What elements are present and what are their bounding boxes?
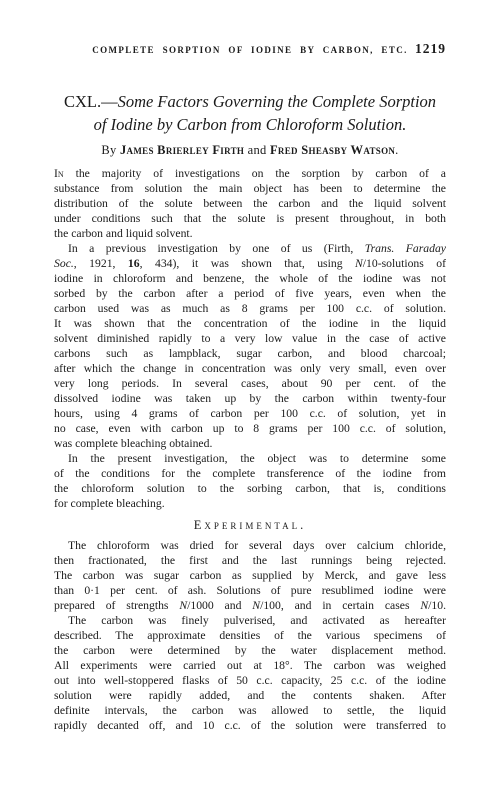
- text-segment: N: [420, 599, 428, 612]
- paragraph-line: Soc., 1921, 16, 434), it was shown that,…: [54, 256, 446, 271]
- paragraph-line: The carbon was sugar carbon as supplied …: [54, 568, 446, 583]
- text-segment: carbon used was as much as 8 grams per 1…: [54, 302, 446, 315]
- paragraph-line: of the conditions for the complete trans…: [54, 466, 446, 481]
- text-segment: the chloroform solution to the sorbing c…: [54, 482, 446, 495]
- paragraph-line: definite intervals, the carbon was allow…: [54, 703, 446, 718]
- paragraph-line: then fractionated, the first and the las…: [54, 553, 446, 568]
- text-segment: By: [101, 143, 120, 157]
- text-segment: the majority of investigations on the so…: [64, 167, 446, 180]
- text-segment: distribution of the solute between the c…: [54, 197, 446, 210]
- text-segment: no case, even with carbon up to 8 grams …: [54, 422, 446, 435]
- text-segment: 16: [128, 257, 140, 270]
- text-segment: Soc.: [54, 257, 74, 270]
- text-segment: hours, using 4 grams of carbon per 100 c…: [54, 407, 446, 420]
- text-segment: In: [54, 167, 64, 180]
- running-title: COMPLETE SORPTION OF IODINE BY CARBON, E…: [54, 40, 446, 55]
- paragraph-line: It was shown that the concentration of t…: [54, 316, 446, 331]
- text-segment: Trans. Faraday: [365, 242, 446, 255]
- text-segment: /10.: [428, 599, 446, 612]
- text-segment: Fred Sheasby Watson: [270, 143, 395, 157]
- paragraph-line: dissolved iodine was taken up by the car…: [54, 391, 446, 406]
- paragraph-line: described. The approximate densities of …: [54, 628, 446, 643]
- text-segment: All experiments were carried out at 18°.…: [54, 659, 446, 672]
- article-title-line: CXL.—Some Factors Governing the Complete…: [54, 90, 446, 113]
- section-heading: Experimental.: [54, 518, 446, 533]
- paragraph-line: was complete bleaching obtained.: [54, 436, 446, 451]
- paragraph-line: All experiments were carried out at 18°.…: [54, 658, 446, 673]
- text-segment: solvent diminished rapidly to a very low…: [54, 332, 446, 345]
- article-body: In the majority of investigations on the…: [54, 166, 446, 733]
- text-segment: carbons such as lampblack, sugar carbon,…: [54, 347, 446, 360]
- paragraph-line: sorbed by the carbon after a period of f…: [54, 286, 446, 301]
- paragraph-line: after which the change in concentration …: [54, 361, 446, 376]
- text-segment: very long periods. In several cases, abo…: [54, 377, 446, 390]
- paragraph-line: carbon used was as much as 8 grams per 1…: [54, 301, 446, 316]
- text-segment: dissolved iodine was taken up by the car…: [54, 392, 446, 405]
- paragraph: The carbon was finely pulverised, and ac…: [54, 613, 446, 733]
- running-header: COMPLETE SORPTION OF IODINE BY CARBON, E…: [54, 40, 446, 57]
- paragraph: In the majority of investigations on the…: [54, 166, 446, 241]
- text-segment: substance from solution the main object …: [54, 182, 446, 195]
- text-segment: The chloroform was dried for several day…: [68, 539, 446, 552]
- text-segment: of the conditions for the complete trans…: [54, 467, 446, 480]
- text-segment: described. The approximate densities of …: [54, 629, 446, 642]
- paragraph-line: The chloroform was dried for several day…: [54, 538, 446, 553]
- paragraph-line: distribution of the solute between the c…: [54, 196, 446, 211]
- article-title-line: of Iodine by Carbon from Chloroform Solu…: [54, 113, 446, 136]
- text-segment: /1000 and: [187, 599, 252, 612]
- text-segment: N: [179, 599, 187, 612]
- byline: By James Brierley Firth and Fred Sheasby…: [54, 143, 446, 158]
- text-segment: /10-solutions of: [363, 257, 446, 270]
- text-segment: under conditions such that the solute is…: [54, 212, 446, 225]
- paragraph: The chloroform was dried for several day…: [54, 538, 446, 613]
- paragraph-line: hours, using 4 grams of carbon per 100 c…: [54, 406, 446, 421]
- text-segment: The carbon was finely pulverised, and ac…: [68, 614, 446, 627]
- paragraph-line: solvent diminished rapidly to a very low…: [54, 331, 446, 346]
- text-segment: of Iodine by Carbon from Chloroform Solu…: [94, 115, 407, 134]
- paragraph-line: rapidly decanted off, and 10 c.c. of the…: [54, 718, 446, 733]
- text-segment: prepared of strengths: [54, 599, 179, 612]
- text-segment: was complete bleaching obtained.: [54, 437, 212, 450]
- text-segment: solution were rapidly added, and the con…: [54, 689, 446, 702]
- paragraph-line: than 0·1 per cent. of ash. Solutions of …: [54, 583, 446, 598]
- paragraph-line: very long periods. In several cases, abo…: [54, 376, 446, 391]
- journal-page: COMPLETE SORPTION OF IODINE BY CARBON, E…: [0, 0, 500, 810]
- page-number: 1219: [415, 41, 446, 57]
- paragraph-line: iodine in chloroform and benzene, the wh…: [54, 271, 446, 286]
- paragraph-line: the carbon were determined by the water …: [54, 643, 446, 658]
- paragraph-line: solution were rapidly added, and the con…: [54, 688, 446, 703]
- text-segment: In the present investigation, the object…: [68, 452, 446, 465]
- text-segment: The carbon was sugar carbon as supplied …: [54, 569, 446, 582]
- text-segment: /100, and in certain cases: [260, 599, 420, 612]
- paragraph-line: the carbon and liquid solvent.: [54, 226, 446, 241]
- paragraph: In the present investigation, the object…: [54, 451, 446, 511]
- text-segment: .: [395, 143, 398, 157]
- text-segment: the carbon and liquid solvent.: [54, 227, 193, 240]
- paragraph-line: no case, even with carbon up to 8 grams …: [54, 421, 446, 436]
- text-segment: after which the change in concentration …: [54, 362, 446, 375]
- text-segment: out into well-stoppered flasks of 50 c.c…: [54, 674, 446, 687]
- paragraph-line: carbons such as lampblack, sugar carbon,…: [54, 346, 446, 361]
- text-segment: , 1921,: [74, 257, 128, 270]
- text-segment: then fractionated, the first and the las…: [54, 554, 446, 567]
- text-segment: CXL.—: [64, 92, 118, 111]
- paragraph-line: The carbon was finely pulverised, and ac…: [54, 613, 446, 628]
- text-segment: sorbed by the carbon after a period of f…: [54, 287, 446, 300]
- paragraph-line: In a previous investigation by one of us…: [54, 241, 446, 256]
- text-segment: Some Factors Governing the Complete Sorp…: [118, 92, 437, 111]
- text-segment: for complete bleaching.: [54, 497, 165, 510]
- text-segment: N: [252, 599, 260, 612]
- paragraph-line: for complete bleaching.: [54, 496, 446, 511]
- text-segment: iodine in chloroform and benzene, the wh…: [54, 272, 446, 285]
- text-segment: N: [355, 257, 363, 270]
- paragraph-line: prepared of strengths N/1000 and N/100, …: [54, 598, 446, 613]
- text-segment: definite intervals, the carbon was allow…: [54, 704, 446, 717]
- text-segment: James Brierley Firth: [120, 143, 244, 157]
- text-segment: and: [244, 143, 270, 157]
- text-segment: In a previous investigation by one of us…: [68, 242, 365, 255]
- paragraph-line: In the present investigation, the object…: [54, 451, 446, 466]
- article-title: CXL.—Some Factors Governing the Complete…: [54, 90, 446, 136]
- text-segment: , 434), it was shown that, using: [140, 257, 355, 270]
- paragraph-line: In the majority of investigations on the…: [54, 166, 446, 181]
- text-segment: the carbon were determined by the water …: [54, 644, 446, 657]
- text-segment: It was shown that the concentration of t…: [54, 317, 446, 330]
- paragraph-line: under conditions such that the solute is…: [54, 211, 446, 226]
- paragraph: In a previous investigation by one of us…: [54, 241, 446, 451]
- paragraph-line: the chloroform solution to the sorbing c…: [54, 481, 446, 496]
- paragraph-line: out into well-stoppered flasks of 50 c.c…: [54, 673, 446, 688]
- paragraph-line: substance from solution the main object …: [54, 181, 446, 196]
- text-segment: rapidly decanted off, and 10 c.c. of the…: [54, 719, 446, 732]
- text-segment: than 0·1 per cent. of ash. Solutions of …: [54, 584, 446, 597]
